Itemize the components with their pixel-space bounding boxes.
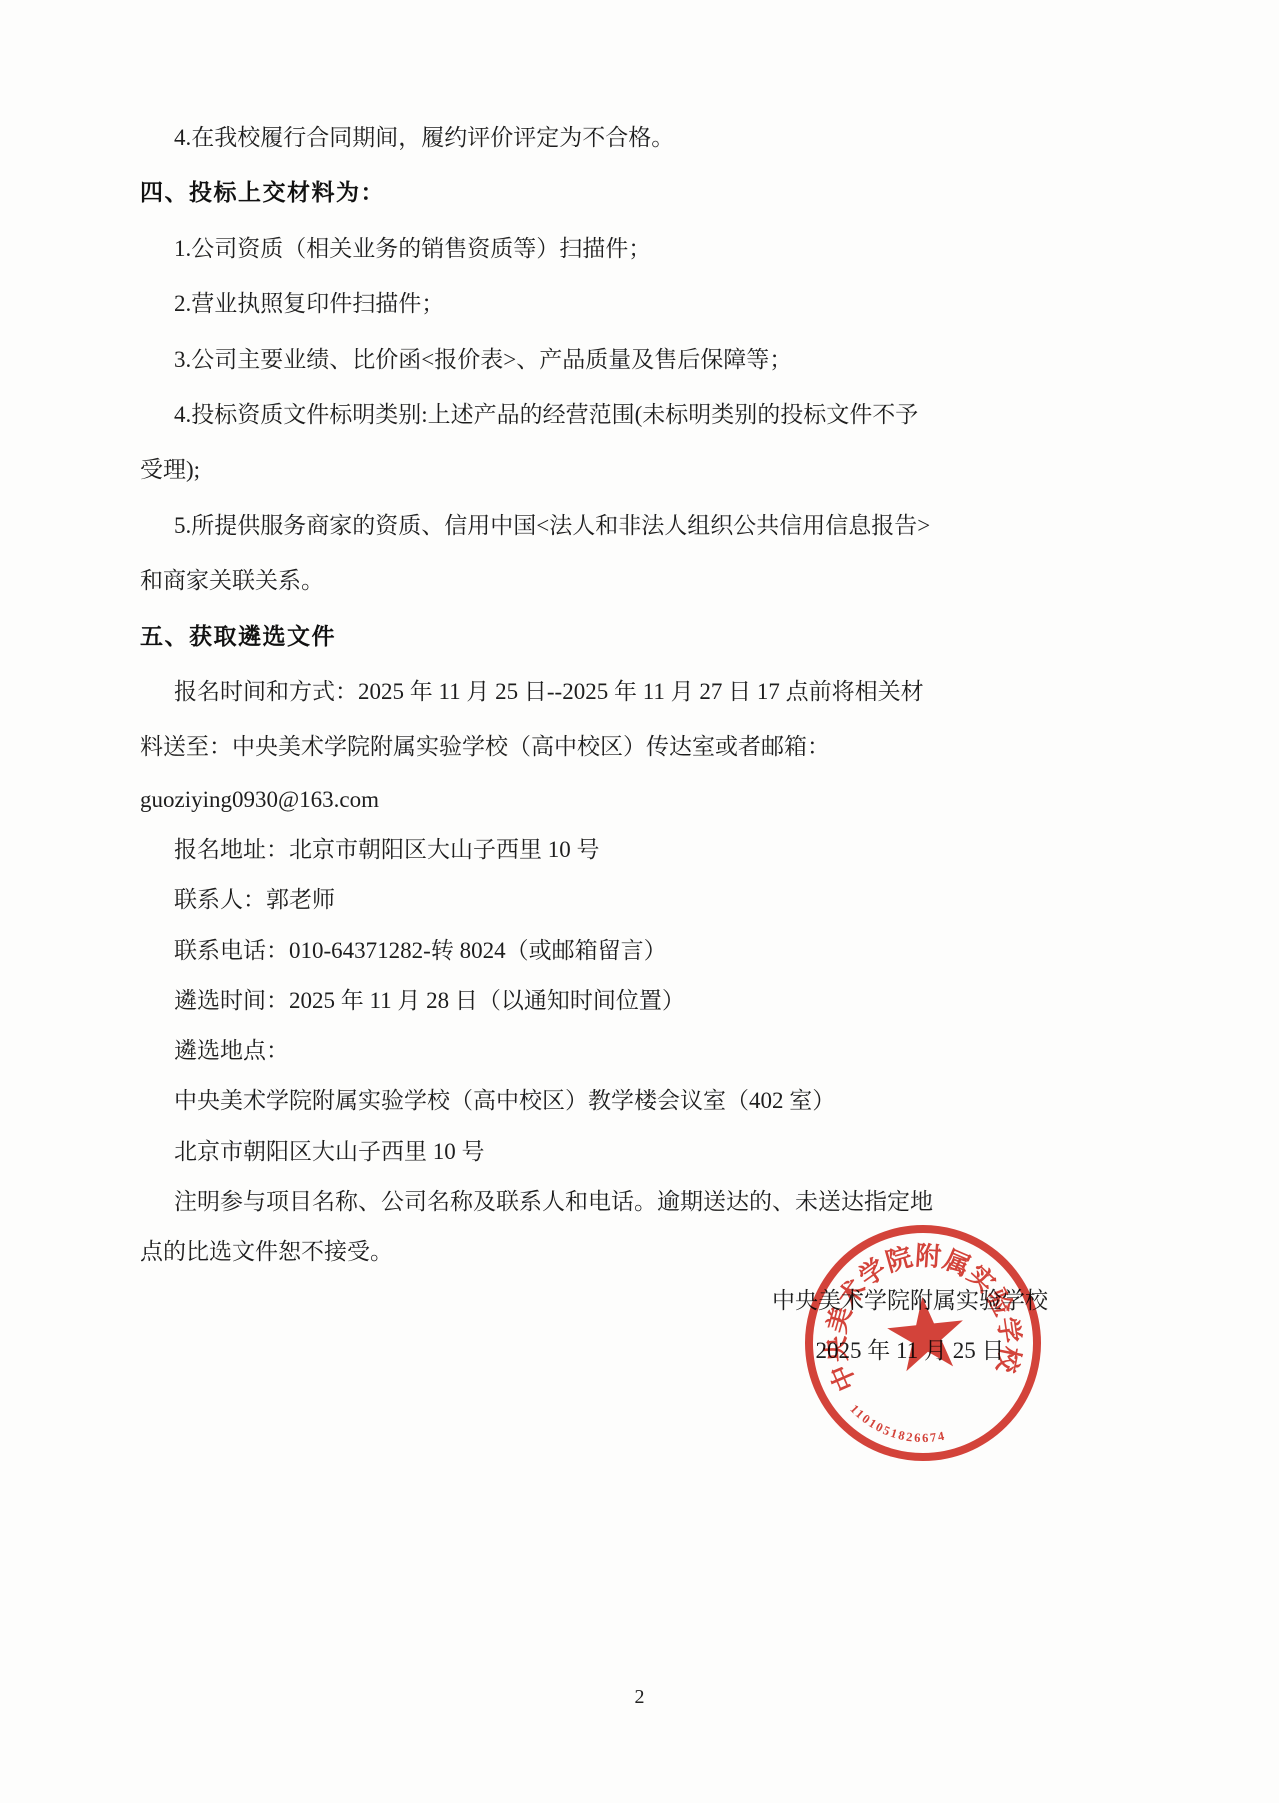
page-number: 2: [0, 1686, 1279, 1709]
registration-address-line: 报名地址：北京市朝阳区大山子西里 10 号: [140, 825, 1108, 875]
material-item-5-cont: 和商家关联关系。: [140, 553, 1108, 608]
document-body: 4.在我校履行合同期间，履约评价评定为不合格。 四、投标上交材料为： 1.公司资…: [140, 110, 1108, 1278]
contact-person-line: 联系人：郭老师: [140, 875, 1108, 925]
selection-address-line: 北京市朝阳区大山子西里 10 号: [140, 1127, 1108, 1177]
svg-text:1101051826674: 1101051826674: [846, 1393, 947, 1453]
material-item-1: 1.公司资质（相关业务的销售资质等）扫描件；: [140, 221, 1108, 276]
selection-location-label: 遴选地点：: [140, 1026, 1108, 1076]
email-line: guoziying0930@163.com: [140, 775, 1108, 825]
rejection-clause-4: 4.在我校履行合同期间，履约评价评定为不合格。: [140, 110, 1108, 165]
seal-code-number: 1101051826674: [846, 1393, 947, 1453]
selection-location-line: 中央美术学院附属实验学校（高中校区）教学楼会议室（402 室）: [140, 1076, 1108, 1126]
section-heading-selection: 五、获取遴选文件: [140, 609, 1108, 664]
registration-time-line: 报名时间和方式：2025 年 11 月 25 日--2025 年 11 月 27…: [140, 664, 1108, 719]
registration-delivery-line: 料送至：中央美术学院附属实验学校（高中校区）传达室或者邮箱：: [140, 719, 1108, 774]
material-item-4: 4.投标资质文件标明类别:上述产品的经营范围(未标明类别的投标文件不予: [140, 387, 1108, 442]
document-page: 4.在我校履行合同期间，履约评价评定为不合格。 四、投标上交材料为： 1.公司资…: [0, 0, 1279, 1803]
official-seal-stamp: 中央美术学院附属实验学校 1101051826674: [778, 1198, 1068, 1488]
section-heading-materials: 四、投标上交材料为：: [140, 165, 1108, 220]
material-item-3: 3.公司主要业绩、比价函<报价表>、产品质量及售后保障等；: [140, 332, 1108, 387]
selection-time-line: 遴选时间：2025 年 11 月 28 日（以通知时间位置）: [140, 976, 1108, 1026]
material-item-4-cont: 受理);: [140, 442, 1108, 497]
material-item-5: 5.所提供服务商家的资质、信用中国<法人和非法人组织公共信用信息报告>: [140, 498, 1108, 553]
material-item-2: 2.营业执照复印件扫描件；: [140, 276, 1108, 331]
contact-phone-line: 联系电话：010-64371282-转 8024（或邮箱留言）: [140, 926, 1108, 976]
star-icon: [884, 1293, 967, 1373]
